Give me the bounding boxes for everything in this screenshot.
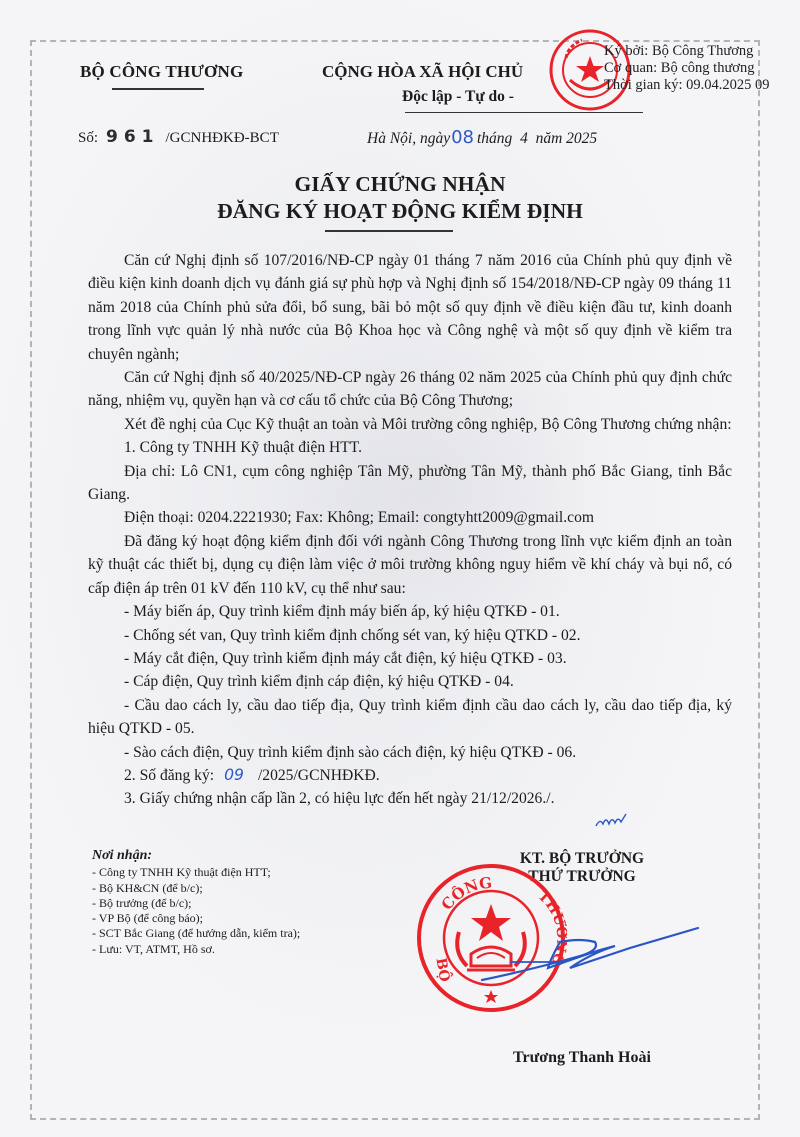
digital-signature-agency: Cơ quan: Bộ công thương [604,60,754,77]
document-number-value: 961 [106,127,160,147]
initials-paraph-icon [594,812,628,830]
document-body: Căn cứ Nghị định số 107/2016/NĐ-CP ngày … [88,249,732,811]
legal-basis-2: Căn cứ Nghị định số 40/2025/NĐ-CP ngày 2… [88,366,732,413]
legal-basis-1: Căn cứ Nghị định số 107/2016/NĐ-CP ngày … [88,249,732,366]
scope-item: - Máy cắt điện, Quy trình kiểm định máy … [88,647,732,670]
national-title: CỘNG HÒA XÃ HỘI CHỦ [322,62,523,82]
scope-item: - Sào cách điện, Quy trình kiểm định sào… [88,741,732,764]
ministry-underline [112,88,204,90]
company-address: Địa chỉ: Lô CN1, cụm công nghiệp Tân Mỹ,… [88,460,732,507]
title-underline [325,230,453,232]
recipients-heading: Nơi nhận: [92,848,300,863]
digital-signature-signed-by: Ký bởi: Bộ Công Thương [604,43,753,60]
issuing-ministry: BỘ CÔNG THƯƠNG [80,62,243,82]
registration-prefix: 2. Số đăng ký: [124,767,214,784]
company-name: 1. Công ty TNHH Kỹ thuật điện HTT. [88,436,732,459]
recipient-item: - Bộ trưởng (để b/c); [92,896,300,911]
registration-number: 2. Số đăng ký:09/2025/GCNHĐKĐ. [88,764,732,787]
scope-item: - Chống sét van, Quy trình kiểm định chố… [88,624,732,647]
document-number-prefix: Số: [78,130,98,146]
company-contact: Điện thoại: 0204.2221930; Fax: Không; Em… [88,506,732,529]
year-value: 2025 [566,130,597,147]
motto-underline [405,112,643,113]
handwritten-signature-icon [470,920,700,1000]
document-page: BỘ CÔNG THƯƠNG CỘNG HÒA XÃ HỘI CHỦ Độc l… [0,0,800,1137]
recipients-block: Nơi nhận: - Công ty TNHH Kỹ thuật điện H… [92,848,300,957]
svg-text:BỘ: BỘ [432,956,455,983]
recipient-item: - VP Bộ (để công báo); [92,911,300,926]
national-motto: Độc lập - Tự do - [402,88,514,106]
month-label: tháng [477,130,512,147]
year-label: năm [536,130,563,147]
recipient-item: - Công ty TNHH Kỹ thuật điện HTT; [92,865,300,880]
handwritten-registration-number: 09 [224,766,244,784]
scope-intro: Đã đăng ký hoạt động kiểm định đối với n… [88,530,732,600]
digital-signature-time: Thời gian ký: 09.04.2025 09 [604,77,770,94]
scope-item: - Cầu dao cách ly, cầu dao tiếp địa, Quy… [88,694,732,741]
scope-item: - Cáp điện, Quy trình kiểm định cáp điện… [88,670,732,693]
registration-suffix: /2025/GCNHĐKĐ. [258,767,380,784]
validity-statement: 3. Giấy chứng nhận cấp lần 2, có hiệu lự… [88,787,732,810]
month-value: 4 [520,130,528,147]
document-number: Số:961/GCNHĐKĐ-BCT [78,127,279,147]
scope-item: - Máy biến áp, Quy trình kiểm định máy b… [88,600,732,623]
signer-name: Trương Thanh Hoài [452,1049,712,1067]
recipient-item: - Lưu: VT, ATMT, Hồ sơ. [92,942,300,957]
recipient-item: - Bộ KH&CN (để b/c); [92,881,300,896]
document-number-suffix: /GCNHĐKĐ-BCT [166,130,279,146]
place-prefix: Hà Nội, ngày [367,130,450,147]
recipient-item: - SCT Bắc Giang (để hướng dẫn, kiểm tra)… [92,926,300,941]
handwritten-day: 08 [451,127,474,148]
document-title-line1: GIẤY CHỨNG NHẬN [0,172,800,197]
document-title-line2: ĐĂNG KÝ HOẠT ĐỘNG KIỂM ĐỊNH [0,199,800,224]
proposal-paragraph: Xét đề nghị của Cục Kỹ thuật an toàn và … [88,413,732,436]
place-and-date: Hà Nội, ngày08tháng 4 năm 2025 [367,127,597,148]
